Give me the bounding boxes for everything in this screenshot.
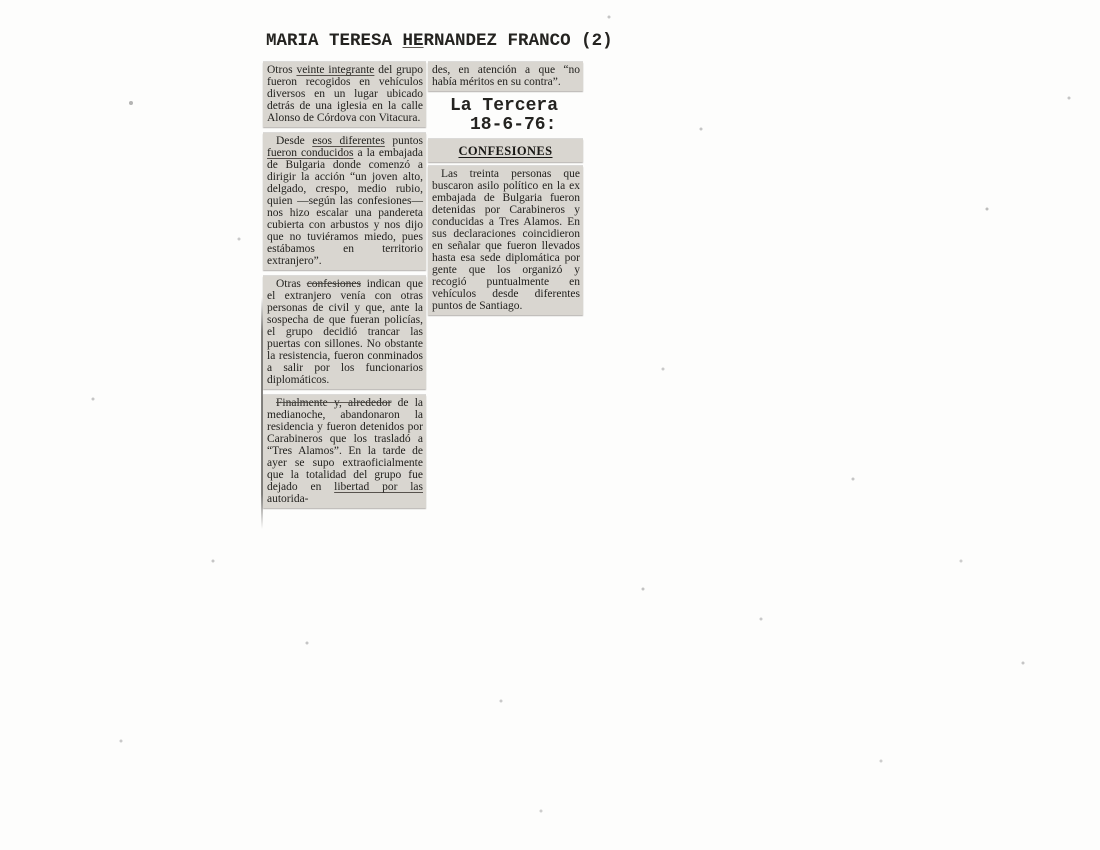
- clipping-paragraph-4: Finalmente y, alrededor de la medianoche…: [263, 395, 426, 508]
- clipping-torn-edge: [261, 297, 263, 529]
- clipping-body-paragraph: Las treinta personas que buscaron asilo …: [428, 166, 583, 315]
- clipping-date: 18-6-76:: [428, 116, 583, 135]
- clipping-continuation-paragraph: des, en atención a que “no había méritos…: [428, 62, 583, 91]
- article-headline-text: CONFESIONES: [458, 144, 552, 158]
- newspaper-name: La Tercera: [428, 97, 583, 116]
- left-clipping-column: Otros veinte integrante del grupo fueron…: [263, 62, 426, 514]
- scanned-document-page: MARIA TERESA HERNANDEZ FRANCO (2) Otros …: [0, 0, 1100, 850]
- clipping-paragraph-3: Otras confesiones indican que el extranj…: [263, 276, 426, 389]
- article-headline: CONFESIONES: [428, 139, 583, 162]
- page-title: MARIA TERESA HERNANDEZ FRANCO (2): [266, 31, 613, 51]
- source-annotation: La Tercera 18-6-76:: [428, 97, 583, 135]
- clipping-paragraph-2: Desde esos diferentes puntos fueron cond…: [263, 133, 426, 270]
- scan-noise-specks: [0, 0, 2, 2]
- right-clipping-column: des, en atención a que “no había méritos…: [428, 62, 583, 321]
- clipping-paragraph-1: Otros veinte integrante del grupo fueron…: [263, 62, 426, 127]
